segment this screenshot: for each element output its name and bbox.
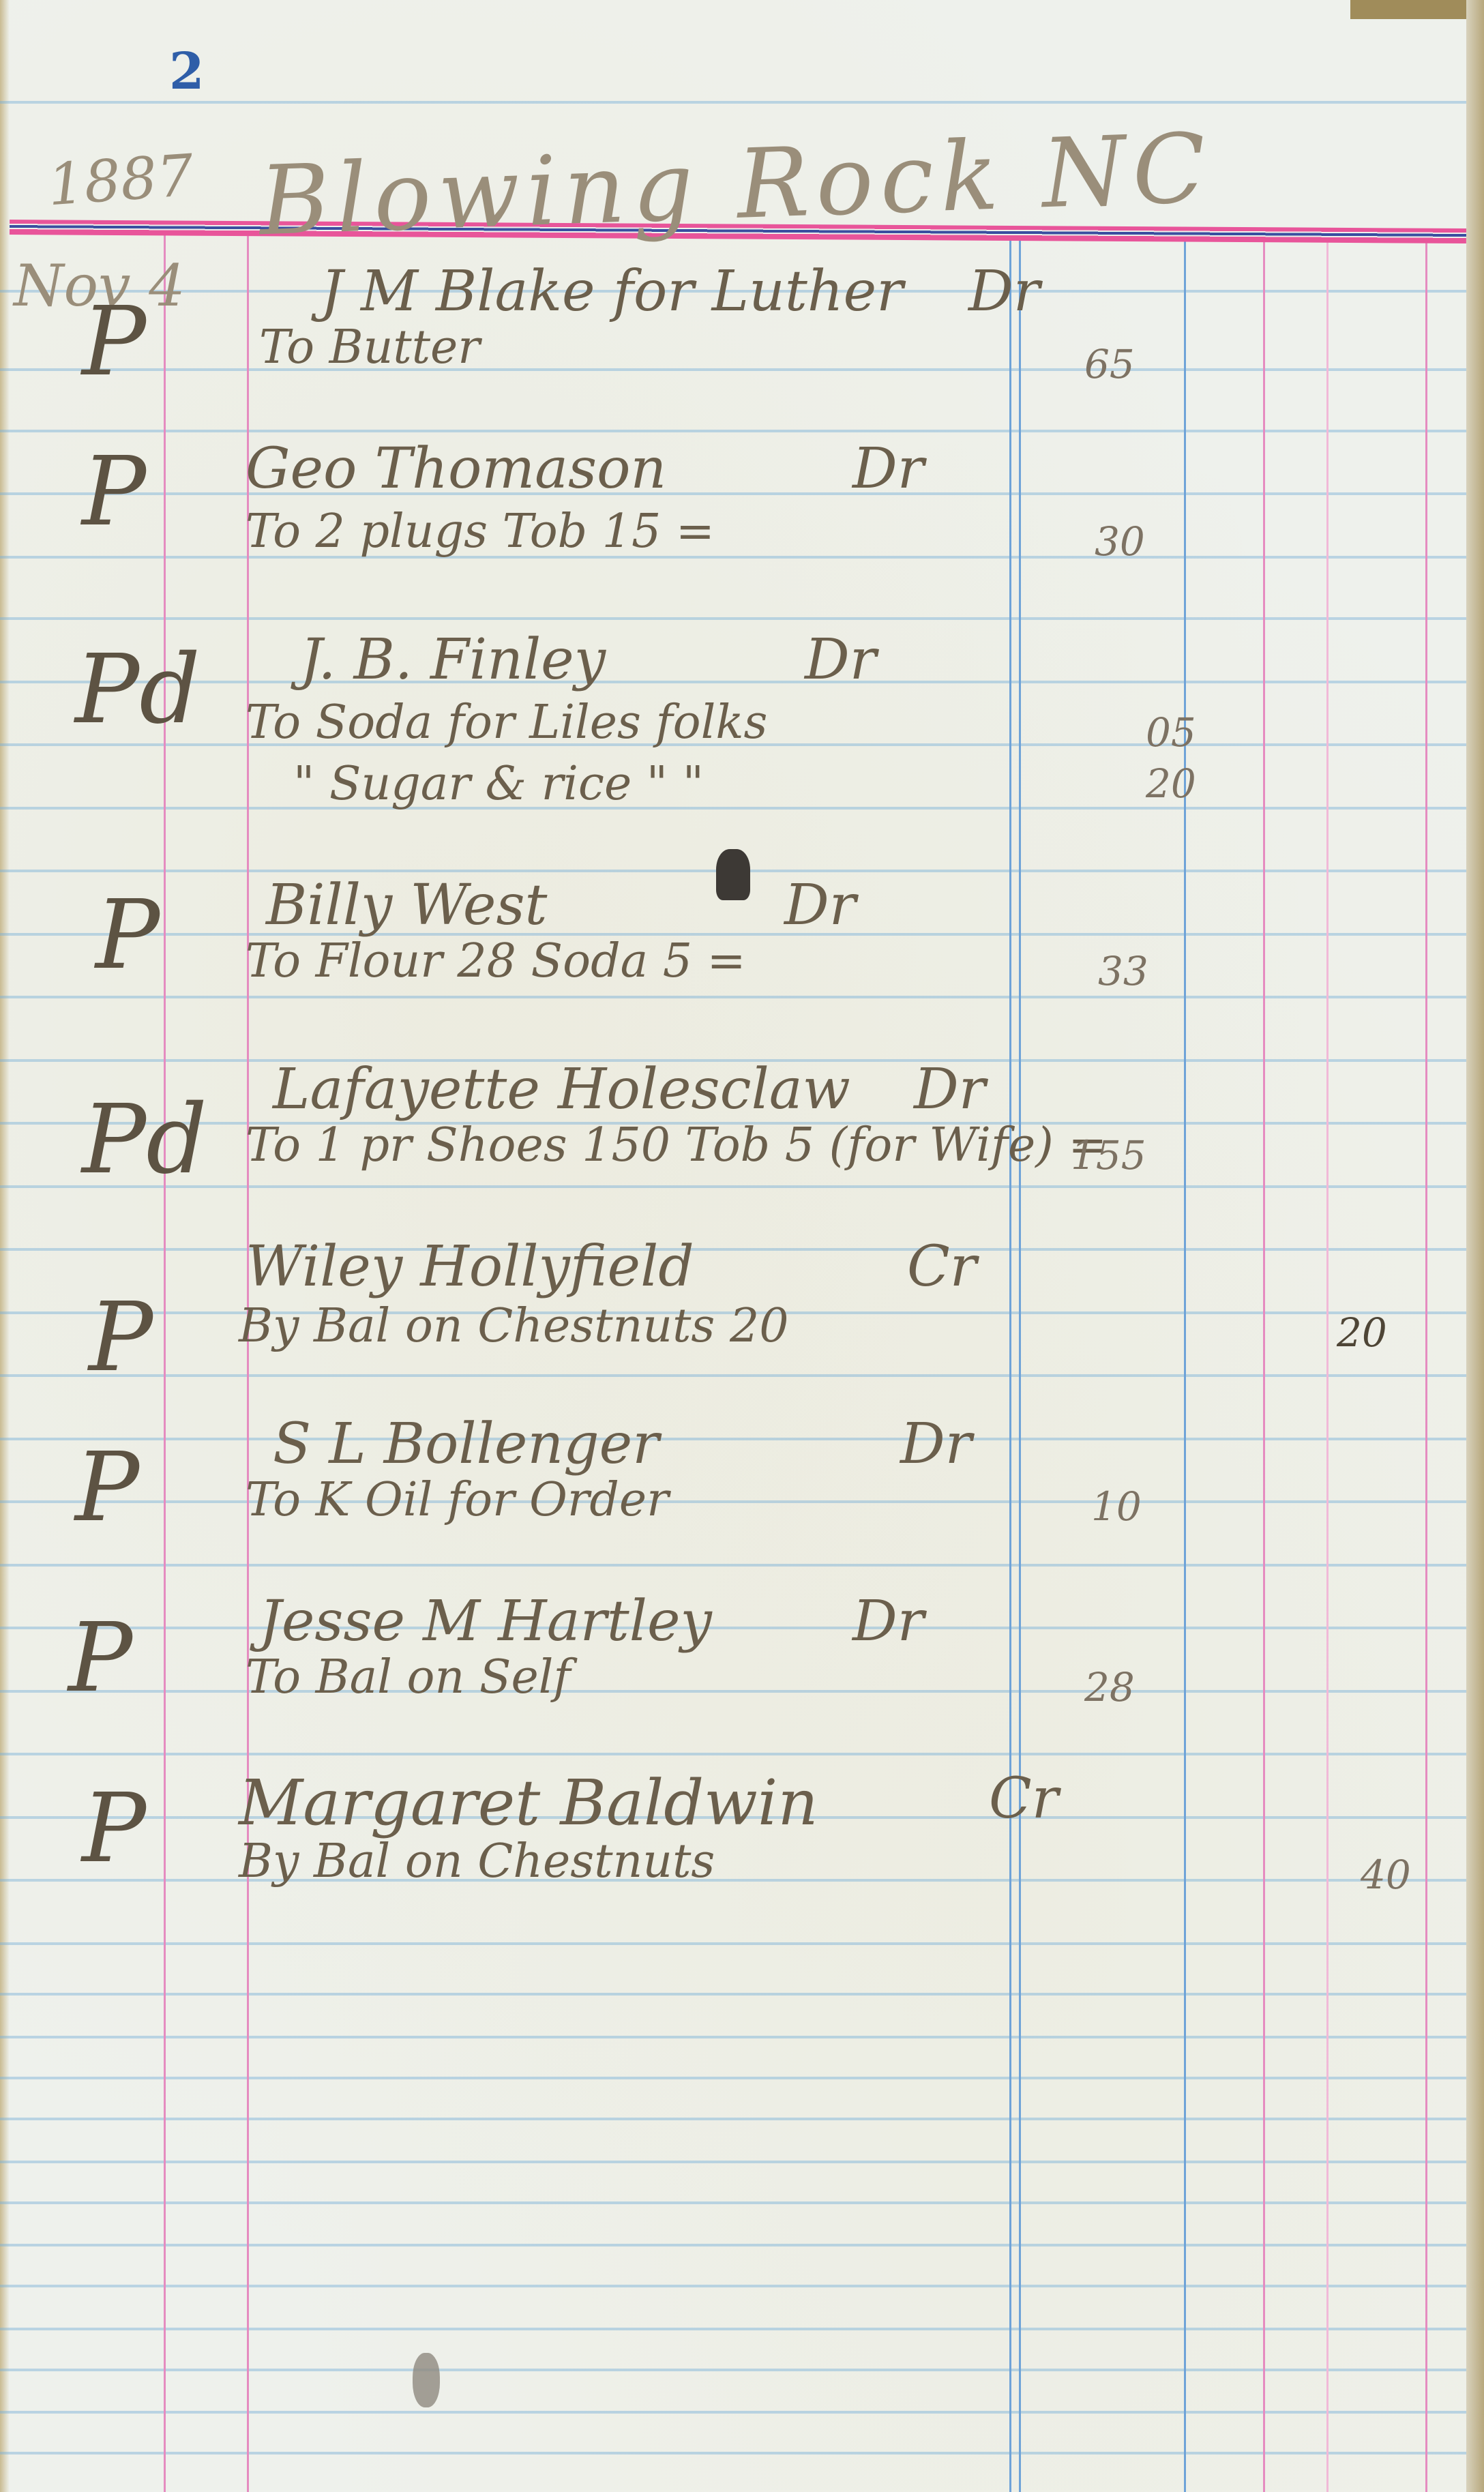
debit-column-rule-right bbox=[1184, 231, 1186, 2492]
ruled-line bbox=[0, 2077, 1466, 2079]
account-name: Margaret Baldwin bbox=[239, 1766, 818, 1839]
entry-type: Dr bbox=[852, 1589, 924, 1654]
paper-smudge bbox=[413, 2353, 440, 2407]
posted-marker: P bbox=[75, 1432, 139, 1543]
page-number: 2 bbox=[169, 42, 205, 101]
entry-description: To Soda for Liles folks bbox=[246, 696, 767, 750]
ruled-line bbox=[0, 2452, 1466, 2454]
debit-amount: 28 bbox=[1084, 1664, 1135, 1710]
credit-column-rule-mid bbox=[1326, 231, 1329, 2492]
account-name: Geo Thomason bbox=[246, 436, 666, 501]
ruled-line bbox=[0, 1753, 1466, 1755]
ruled-line bbox=[0, 1374, 1466, 1377]
entry-description: To Flour 28 Soda 5 = bbox=[246, 934, 746, 988]
posted-marker: P bbox=[82, 436, 146, 548]
account-name: J. B. Finley bbox=[300, 627, 606, 692]
ruled-line bbox=[0, 430, 1466, 432]
ruled-line bbox=[0, 2244, 1466, 2246]
entry-description: By Bal on Chestnuts 20 bbox=[239, 1299, 788, 1353]
ruled-line bbox=[0, 617, 1466, 620]
credit-amount: 20 bbox=[1337, 1309, 1387, 1356]
ruled-line bbox=[0, 807, 1466, 810]
entry-description: To 1 pr Shoes 150 Tob 5 (for Wife) = bbox=[246, 1118, 1107, 1172]
ruled-line bbox=[0, 1248, 1466, 1251]
account-name: Wiley Hollyfield bbox=[246, 1234, 694, 1299]
account-name: Lafayette Holesclaw bbox=[273, 1057, 850, 1122]
account-name: Billy West bbox=[266, 873, 547, 938]
entry-description: To Butter bbox=[259, 321, 480, 374]
ruled-line bbox=[0, 1627, 1466, 1629]
posted-marker: Pd bbox=[75, 634, 201, 745]
date-column-rule bbox=[164, 231, 166, 2492]
ruled-line bbox=[0, 1564, 1466, 1567]
ruled-line bbox=[0, 1690, 1466, 1693]
debit-amount: 05 bbox=[1146, 709, 1196, 756]
ruled-line bbox=[0, 1438, 1466, 1440]
ruled-line bbox=[0, 1942, 1466, 1945]
entry-type: Dr bbox=[852, 436, 924, 501]
entry-type: Dr bbox=[805, 627, 876, 692]
credit-column-rule-left bbox=[1263, 231, 1265, 2492]
posted-marker: Pd bbox=[82, 1084, 207, 1196]
ruled-line bbox=[0, 2161, 1466, 2163]
margin-rule bbox=[247, 231, 249, 2492]
ink-blot bbox=[716, 849, 750, 900]
entry-description: " Sugar & rice " " bbox=[293, 757, 704, 811]
posted-marker: P bbox=[89, 1282, 153, 1393]
posted-marker: P bbox=[82, 286, 146, 398]
debit-amount: 20 bbox=[1146, 760, 1196, 807]
posted-marker: P bbox=[82, 1773, 146, 1884]
ruled-line bbox=[0, 2328, 1466, 2330]
entry-type: Dr bbox=[914, 1057, 985, 1122]
account-name: J M Blake for Luther bbox=[321, 259, 903, 324]
ruled-line bbox=[0, 556, 1466, 559]
credit-amount: 40 bbox=[1361, 1852, 1411, 1898]
debit-column-rule-left bbox=[1009, 231, 1011, 2492]
ruled-line bbox=[0, 996, 1466, 998]
ruled-line bbox=[0, 2118, 1466, 2120]
ruled-line bbox=[0, 101, 1466, 104]
ruled-line bbox=[0, 2201, 1466, 2204]
ruled-line bbox=[0, 1500, 1466, 1503]
entry-type: Dr bbox=[968, 259, 1040, 324]
account-name: Jesse M Hartley bbox=[259, 1589, 712, 1654]
ruled-line bbox=[0, 2369, 1466, 2371]
year: 1887 bbox=[46, 142, 196, 219]
ruled-line bbox=[0, 368, 1466, 371]
ruled-line bbox=[0, 2036, 1466, 2038]
ruled-line bbox=[0, 2285, 1466, 2287]
ruled-line bbox=[0, 1185, 1466, 1188]
ruled-line bbox=[0, 492, 1466, 495]
entry-description: By Bal on Chestnuts bbox=[239, 1835, 715, 1888]
ruled-line bbox=[0, 681, 1466, 683]
account-name: S L Bollenger bbox=[273, 1412, 659, 1477]
debit-amount: 65 bbox=[1084, 341, 1135, 387]
entry-description: To 2 plugs Tob 15 = bbox=[246, 505, 715, 559]
ruled-line bbox=[0, 2411, 1466, 2414]
posted-marker: P bbox=[68, 1603, 132, 1714]
debit-amount: 33 bbox=[1098, 948, 1148, 994]
entry-description: To Bal on Self bbox=[246, 1650, 571, 1704]
entry-type: Cr bbox=[907, 1234, 977, 1299]
debit-amount: 10 bbox=[1091, 1483, 1142, 1530]
debit-amount: 30 bbox=[1095, 518, 1145, 565]
credit-column-rule-right bbox=[1425, 231, 1427, 2492]
ruled-line bbox=[0, 1993, 1466, 1996]
entry-description: To K Oil for Order bbox=[246, 1473, 669, 1527]
entry-type: Dr bbox=[900, 1412, 972, 1477]
debit-column-rule-left-double bbox=[1019, 231, 1021, 2492]
ledger-page: 2 1887 Blowing Rock NC Nov 4 P J M Blake… bbox=[0, 0, 1466, 2492]
page-right-edge bbox=[1466, 0, 1484, 2492]
book-binding-corner bbox=[1350, 0, 1484, 19]
entry-type: Dr bbox=[784, 873, 856, 938]
debit-amount: 155 bbox=[1071, 1132, 1146, 1178]
posted-marker: P bbox=[95, 880, 160, 991]
ruled-line bbox=[0, 1879, 1466, 1882]
entry-type: Cr bbox=[989, 1766, 1058, 1831]
